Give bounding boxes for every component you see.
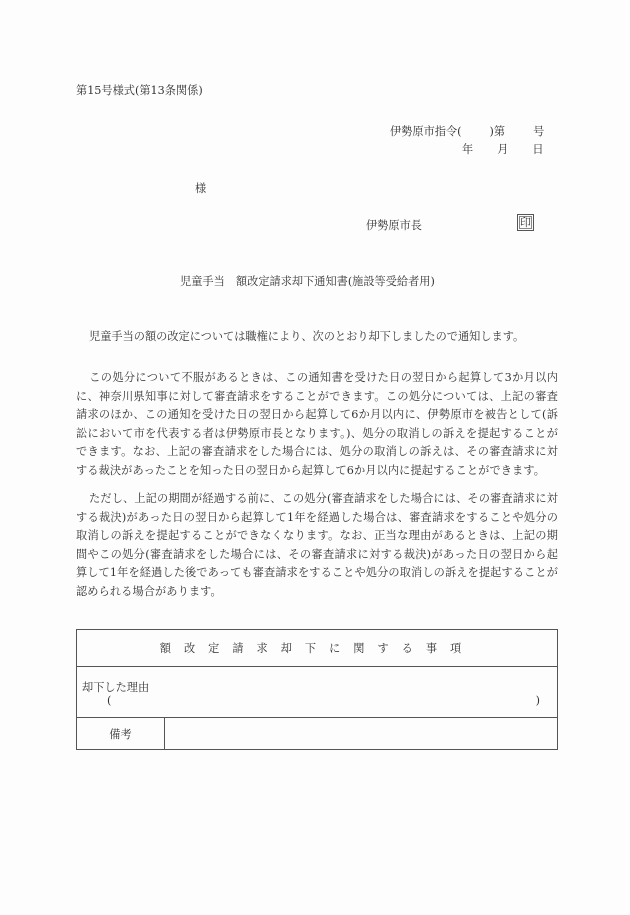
order-number-suffix: 号 [533,123,544,139]
seal-mark-icon: 印 [517,214,534,231]
reason-open-paren: ( [107,694,111,707]
date-day: 日 [532,141,543,157]
time-limit-paragraph-text: ただし、上記の期間が経過する前に、この処分(審査請求をした場合には、その審査請求… [76,492,558,598]
remarks-label: 備考 [77,718,165,750]
issue-date: 年月日 [462,141,544,157]
table-header: 額改定請求却下に関する事項 [77,630,558,667]
reason-row: 却下した理由 ( ) [77,667,558,718]
rejection-matters-table: 額改定請求却下に関する事項 却下した理由 ( ) 備考 [76,629,558,750]
appeal-paragraph-text: この処分について不服があるときは、この通知書を受けた日の翌日から起算して3か月以… [76,371,558,477]
date-month: 月 [497,141,508,157]
addressee-honorific: 様 [195,180,206,196]
remarks-field[interactable] [165,718,558,750]
reason-label: 却下した理由 [82,679,149,695]
reason-field[interactable]: 却下した理由 ( ) [77,667,558,718]
issuer-name: 伊勢原市長 [366,217,422,233]
date-year: 年 [462,141,473,157]
order-close-paren: )第 [490,123,506,139]
appeal-paragraph: この処分について不服があるときは、この通知書を受けた日の翌日から起算して3か月以… [76,369,558,481]
table-header-row: 額改定請求却下に関する事項 [77,630,558,667]
document-title: 児童手当 額改定請求却下通知書(施設等受給者用) [180,273,435,289]
order-number-line: 伊勢原市指令()第号 [390,123,544,139]
order-prefix: 伊勢原市指令( [390,123,462,139]
form-number: 第15号様式(第13条関係) [76,82,203,98]
time-limit-paragraph: ただし、上記の期間が経過する前に、この処分(審査請求をした場合には、その審査請求… [76,490,558,602]
remarks-row: 備考 [77,718,558,750]
reason-close-paren: ) [536,694,540,707]
lead-text: 児童手当の額の改定については職権により、次のとおり却下しましたので通知します。 [89,328,524,344]
